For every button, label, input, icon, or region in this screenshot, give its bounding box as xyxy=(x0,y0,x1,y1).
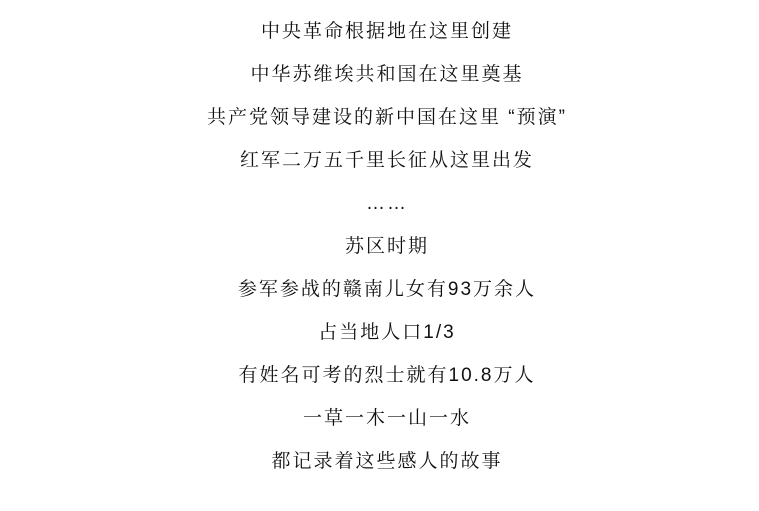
text-line: 一草一木一山一水 xyxy=(15,397,759,440)
text-line: 占当地人口1/3 xyxy=(15,311,759,354)
text-line: 参军参战的赣南儿女有93万余人 xyxy=(15,268,759,311)
text-line-ellipsis: …… xyxy=(15,182,759,225)
text-line: 苏区时期 xyxy=(15,225,759,268)
document-canvas: { "page": { "background": "#ffffff", "te… xyxy=(0,0,759,511)
text-line: 都记录着这些感人的故事 xyxy=(15,440,759,483)
text-line: 有姓名可考的烈士就有10.8万人 xyxy=(15,354,759,397)
document-page: 中央革命根据地在这里创建 中华苏维埃共和国在这里奠基 共产党领导建设的新中国在这… xyxy=(0,0,759,511)
text-line: 红军二万五千里长征从这里出发 xyxy=(15,139,759,182)
text-line: 中华苏维埃共和国在这里奠基 xyxy=(15,53,759,96)
text-line: 共产党领导建设的新中国在这里 “预演” xyxy=(15,96,759,139)
text-line: 中央革命根据地在这里创建 xyxy=(15,10,759,53)
